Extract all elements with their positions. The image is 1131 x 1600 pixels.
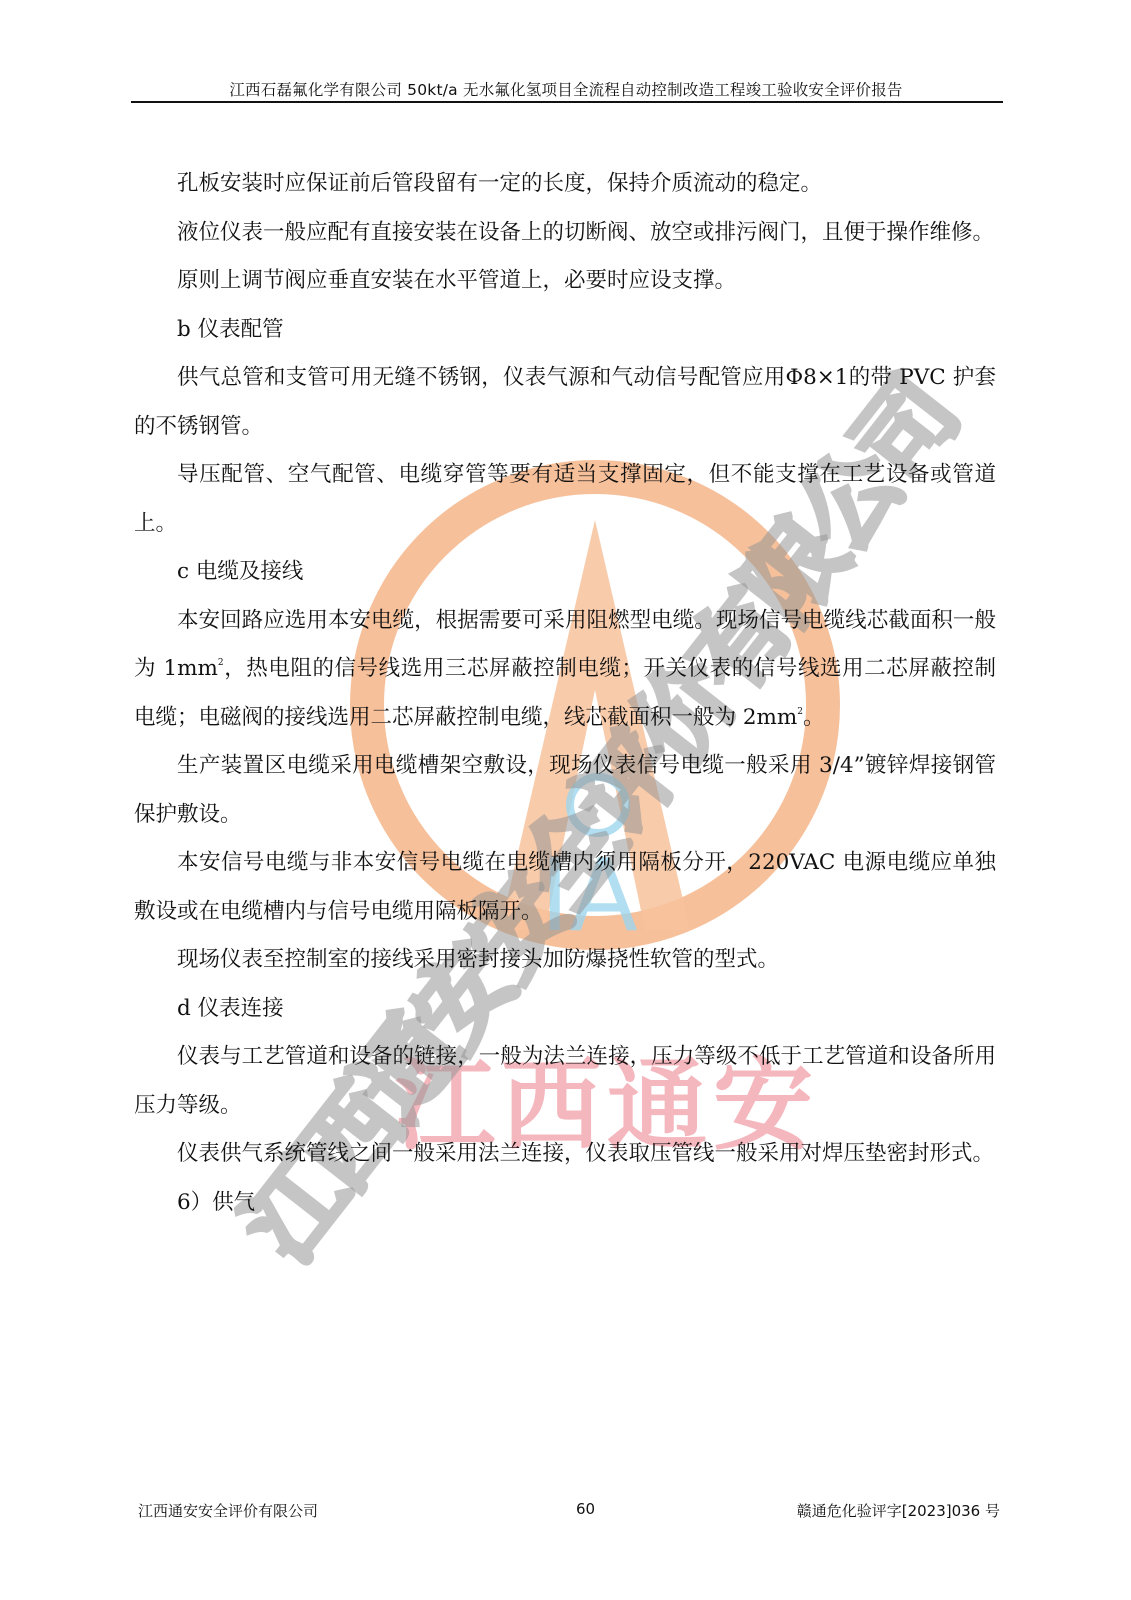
document-body: 孔板安装时应保证前后管段留有一定的长度，保持介质流动的稳定。 液位仪表一般应配有…: [134, 160, 996, 1227]
section-heading: d 仪表连接: [134, 985, 996, 1034]
paragraph: 仪表与工艺管道和设备的链接，一般为法兰连接，压力等级不低于工艺管道和设备所用压力…: [134, 1033, 996, 1130]
paragraph: 本安回路应选用本安电缆，根据需要可采用阻燃型电缆。现场信号电缆线芯截面积一般为 …: [134, 597, 996, 743]
header-divider: [131, 101, 1003, 103]
paragraph-text: 。: [803, 705, 825, 730]
paragraph: 生产装置区电缆采用电缆槽架空敷设，现场仪表信号电缆一般采用 3/4”镀锌焊接钢管…: [134, 742, 996, 839]
paragraph: 现场仪表至控制室的接线采用密封接头加防爆挠性软管的型式。: [134, 936, 996, 985]
paragraph: 原则上调节阀应垂直安装在水平管道上，必要时应设支撑。: [134, 257, 996, 306]
section-heading: b 仪表配管: [134, 306, 996, 355]
page-number: 60: [576, 1500, 595, 1518]
footer-doc-number: 赣通危化验评字[2023]036 号: [797, 1500, 1000, 1521]
paragraph: 孔板安装时应保证前后管段留有一定的长度，保持介质流动的稳定。: [134, 160, 996, 209]
footer-company: 江西通安安全评价有限公司: [138, 1500, 318, 1521]
paragraph: 液位仪表一般应配有直接安装在设备上的切断阀、放空或排污阀门，且便于操作维修。: [134, 209, 996, 258]
paragraph: 供气总管和支管可用无缝不锈钢，仪表气源和气动信号配管应用Φ8×1的带 PVC 护…: [134, 354, 996, 451]
section-heading: c 电缆及接线: [134, 548, 996, 597]
paragraph-text: ，热电阻的信号线选用三芯屏蔽控制电缆；开关仪表的信号线选用二芯屏蔽控制电缆；电磁…: [134, 656, 996, 730]
section-heading: 6）供气: [134, 1179, 996, 1228]
paragraph: 导压配管、空气配管、电缆穿管等要有适当支撑固定，但不能支撑在工艺设备或管道上。: [134, 451, 996, 548]
page-header-title: 江西石磊氟化学有限公司 50kt/a 无水氟化氢项目全流程自动控制改造工程竣工验…: [130, 78, 1002, 100]
paragraph: 仪表供气系统管线之间一般采用法兰连接，仪表取压管线一般采用对焊压垫密封形式。: [134, 1130, 996, 1179]
paragraph: 本安信号电缆与非本安信号电缆在电缆槽内须用隔板分开，220VAC 电源电缆应单独…: [134, 839, 996, 936]
